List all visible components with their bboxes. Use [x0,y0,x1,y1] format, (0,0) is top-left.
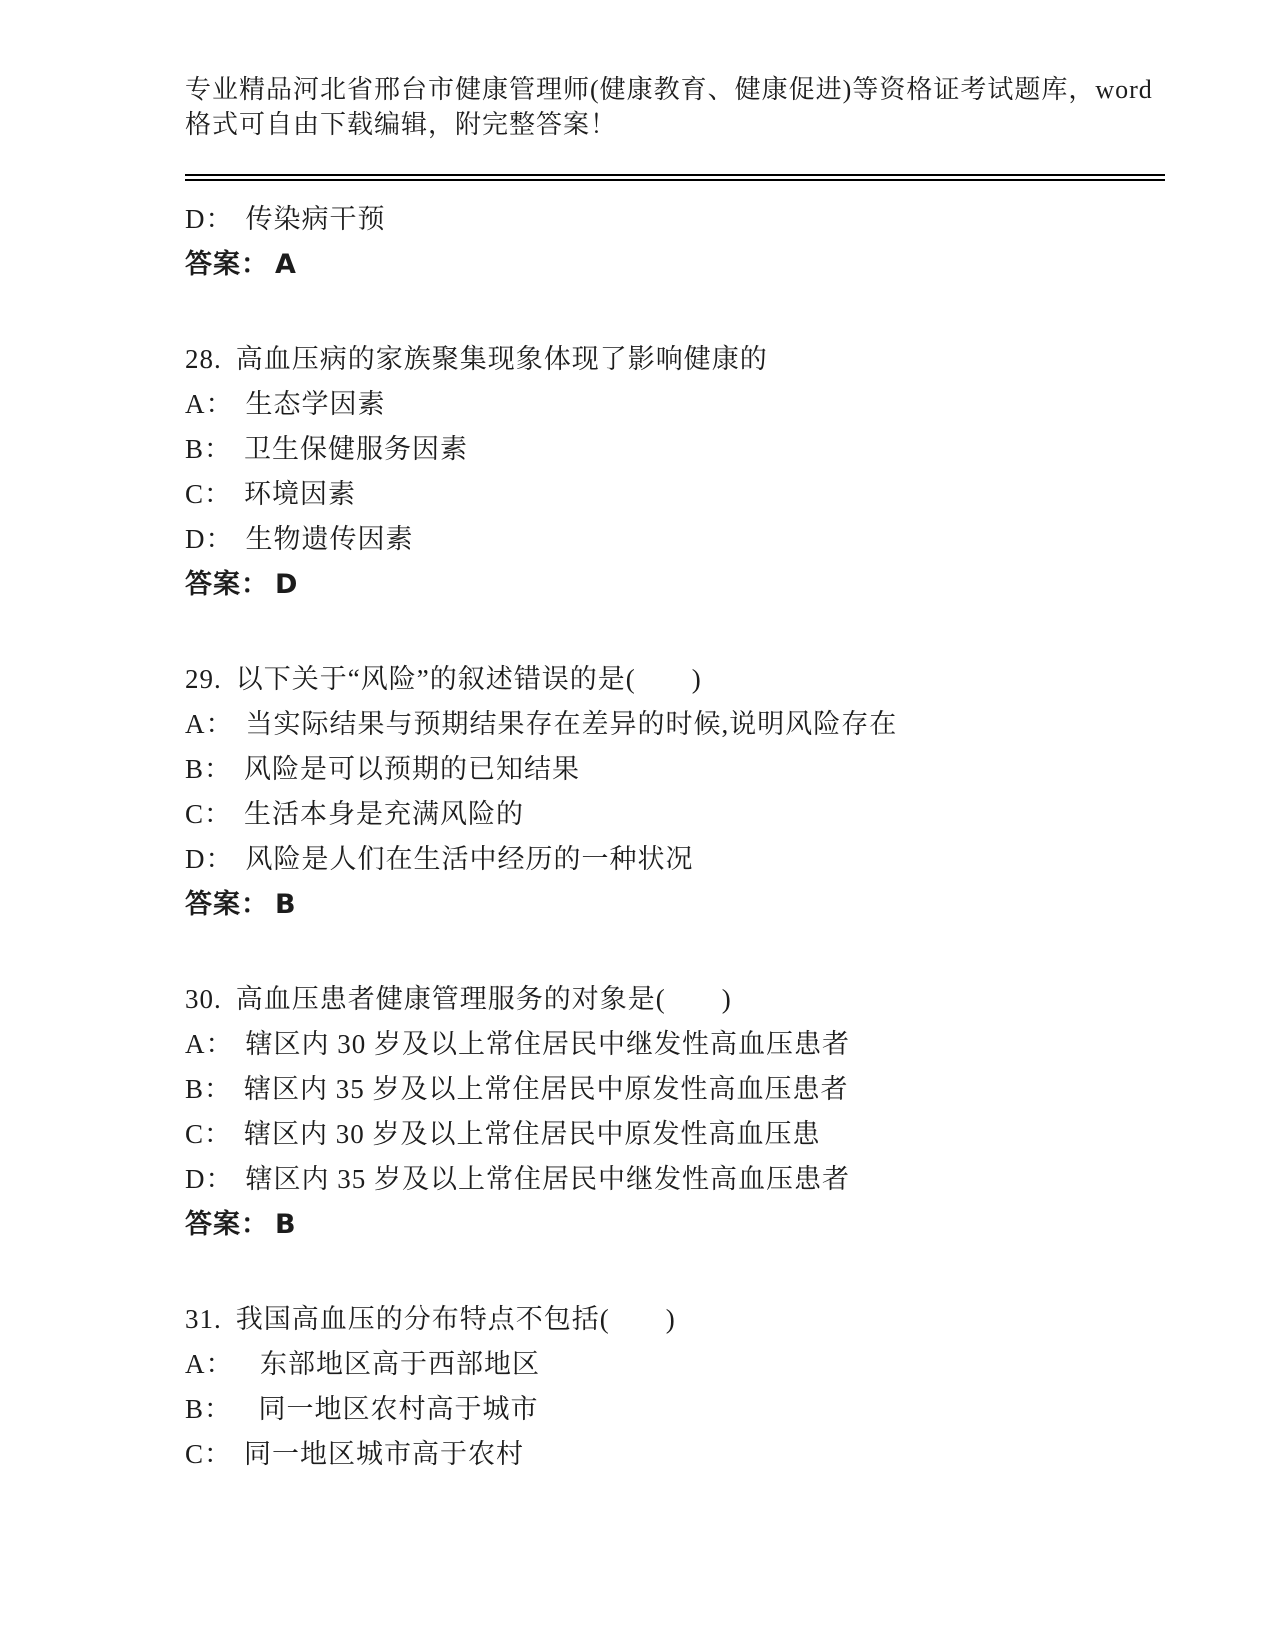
answer-value: B [275,1209,297,1240]
answer-line: 答案：B [185,882,1165,927]
question-separator [185,607,1165,657]
option-line: C：生活本身是充满风险的 [185,792,1165,837]
option-label: C： [185,799,232,829]
question-separator [185,287,1165,337]
question-31: 31.我国高血压的分布特点不包括( ) A： 东部地区高于西部地区 B： 同一地… [185,1297,1165,1477]
question-separator [185,927,1165,977]
header-line-1: 专业精品河北省邢台市健康管理师(健康教育、健康促进)等资格证考试题库，word [185,72,1165,107]
option-text: 东部地区高于西部地区 [232,1349,540,1379]
answer-line: 答案：A [185,242,1165,287]
option-text: 环境因素 [244,479,356,509]
answer-label: 答案： [185,569,269,600]
option-label: B： [185,1394,219,1424]
question-stem: 29.以下关于“风险”的叙述错误的是( ) [185,657,1165,702]
option-text: 辖区内 30 岁及以上常住居民中原发性高血压患 [244,1119,821,1149]
question-30: 30.高血压患者健康管理服务的对象是( ) A：辖区内 30 岁及以上常住居民中… [185,977,1165,1247]
option-text: 传染病干预 [246,204,386,234]
question-stem-text: 高血压患者健康管理服务的对象是( ) [236,984,732,1014]
option-label: C： [185,479,232,509]
option-line: A： 东部地区高于西部地区 [185,1342,1165,1387]
option-label: C： [185,1119,232,1149]
option-label: D： [185,204,234,234]
question-stem: 31.我国高血压的分布特点不包括( ) [185,1297,1165,1342]
option-text: 风险是可以预期的已知结果 [244,754,580,784]
option-line: C：环境因素 [185,472,1165,517]
question-stem-text: 以下关于“风险”的叙述错误的是( ) [236,664,702,694]
option-text: 卫生保健服务因素 [244,434,468,464]
header-line-2: 格式可自由下载编辑，附完整答案！ [185,107,1165,142]
option-line: D：辖区内 35 岁及以上常住居民中继发性高血压患者 [185,1157,1165,1202]
option-label: D： [185,1164,234,1194]
option-label: B： [185,434,232,464]
option-text: 辖区内 35 岁及以上常住居民中原发性高血压患者 [244,1074,849,1104]
option-text: 辖区内 35 岁及以上常住居民中继发性高血压患者 [246,1164,851,1194]
answer-line: 答案：D [185,562,1165,607]
option-label: D： [185,844,234,874]
option-label: A： [185,1029,234,1059]
option-label: A： [185,709,234,739]
question-stem: 30.高血压患者健康管理服务的对象是( ) [185,977,1165,1022]
option-label: C： [185,1439,232,1469]
question-stem-text: 我国高血压的分布特点不包括( ) [236,1304,676,1334]
answer-value: A [275,249,297,280]
question-28: 28.高血压病的家族聚集现象体现了影响健康的 A：生态学因素 B：卫生保健服务因… [185,337,1165,607]
option-label: D： [185,524,234,554]
option-line: D：传染病干预 [185,197,1165,242]
answer-label: 答案： [185,889,269,920]
option-label: A： [185,389,234,419]
option-text: 生活本身是充满风险的 [244,799,524,829]
answer-value: D [275,569,298,600]
question-number: 29. [185,664,222,694]
option-line: B：辖区内 35 岁及以上常住居民中原发性高血压患者 [185,1067,1165,1112]
option-line: C：辖区内 30 岁及以上常住居民中原发性高血压患 [185,1112,1165,1157]
question-number: 30. [185,984,222,1014]
option-text: 辖区内 30 岁及以上常住居民中继发性高血压患者 [246,1029,851,1059]
answer-label: 答案： [185,249,269,280]
question-number: 31. [185,1304,222,1334]
question-29: 29.以下关于“风险”的叙述错误的是( ) A：当实际结果与预期结果存在差异的时… [185,657,1165,927]
option-label: A： [185,1349,220,1379]
question-stem-text: 高血压病的家族聚集现象体现了影响健康的 [236,344,768,374]
option-line: A：当实际结果与预期结果存在差异的时候,说明风险存在 [185,702,1165,747]
answer-value: B [275,889,297,920]
question-number: 28. [185,344,222,374]
answer-line: 答案：B [185,1202,1165,1247]
option-label: B： [185,1074,232,1104]
option-line: B：卫生保健服务因素 [185,427,1165,472]
option-text: 当实际结果与预期结果存在差异的时候,说明风险存在 [246,709,898,739]
option-line: B： 同一地区农村高于城市 [185,1387,1165,1432]
option-line: D：生物遗传因素 [185,517,1165,562]
question-stem: 28.高血压病的家族聚集现象体现了影响健康的 [185,337,1165,382]
option-text: 风险是人们在生活中经历的一种状况 [246,844,694,874]
document-page: 专业精品河北省邢台市健康管理师(健康教育、健康促进)等资格证考试题库，word … [0,0,1275,1650]
option-line: D：风险是人们在生活中经历的一种状况 [185,837,1165,882]
question-separator [185,1247,1165,1297]
option-text: 同一地区城市高于农村 [244,1439,524,1469]
option-label: B： [185,754,232,784]
option-line: C：同一地区城市高于农村 [185,1432,1165,1477]
page-header: 专业精品河北省邢台市健康管理师(健康教育、健康促进)等资格证考试题库，word … [185,72,1165,181]
option-text: 生物遗传因素 [246,524,414,554]
option-line: A：辖区内 30 岁及以上常住居民中继发性高血压患者 [185,1022,1165,1067]
option-line: A：生态学因素 [185,382,1165,427]
option-line: B：风险是可以预期的已知结果 [185,747,1165,792]
option-text: 同一地区农村高于城市 [231,1394,539,1424]
option-text: 生态学因素 [246,389,386,419]
answer-label: 答案： [185,1209,269,1240]
document-body: D：传染病干预 答案：A 28.高血压病的家族聚集现象体现了影响健康的 A：生态… [185,181,1165,1477]
